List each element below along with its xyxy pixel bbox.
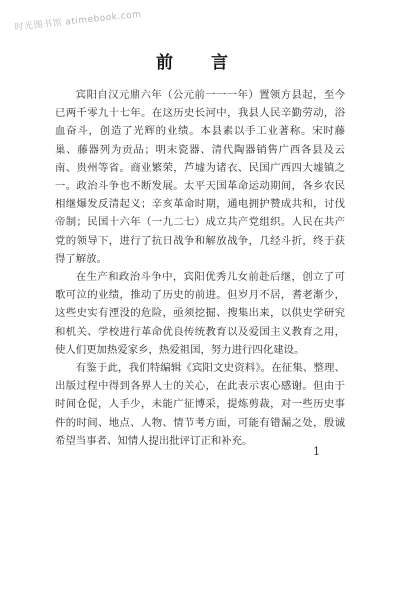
page-number: 1: [313, 445, 320, 458]
watermark: 时光图书馆 atimebook.com: [14, 7, 142, 33]
page-title: 前 言: [0, 48, 400, 73]
paragraph-3: 有鉴于此，我们特编辑《宾阳文史资料》。在征集、整理、出版过程中得到各界人士的关心…: [55, 359, 345, 450]
paragraph-1: 宾阳自汉元鼎六年（公元前一一一年）置领方县起，至今已两千零九十七年。在这历史长河…: [55, 86, 345, 268]
paragraph-2: 在生产和政治斗争中，宾阳优秀儿女前赴后继，创立了可歌可泣的业绩，推动了历史的前进…: [55, 268, 345, 359]
preface-body: 宾阳自汉元鼎六年（公元前一一一年）置领方县起，至今已两千零九十七年。在这历史长河…: [55, 86, 345, 450]
